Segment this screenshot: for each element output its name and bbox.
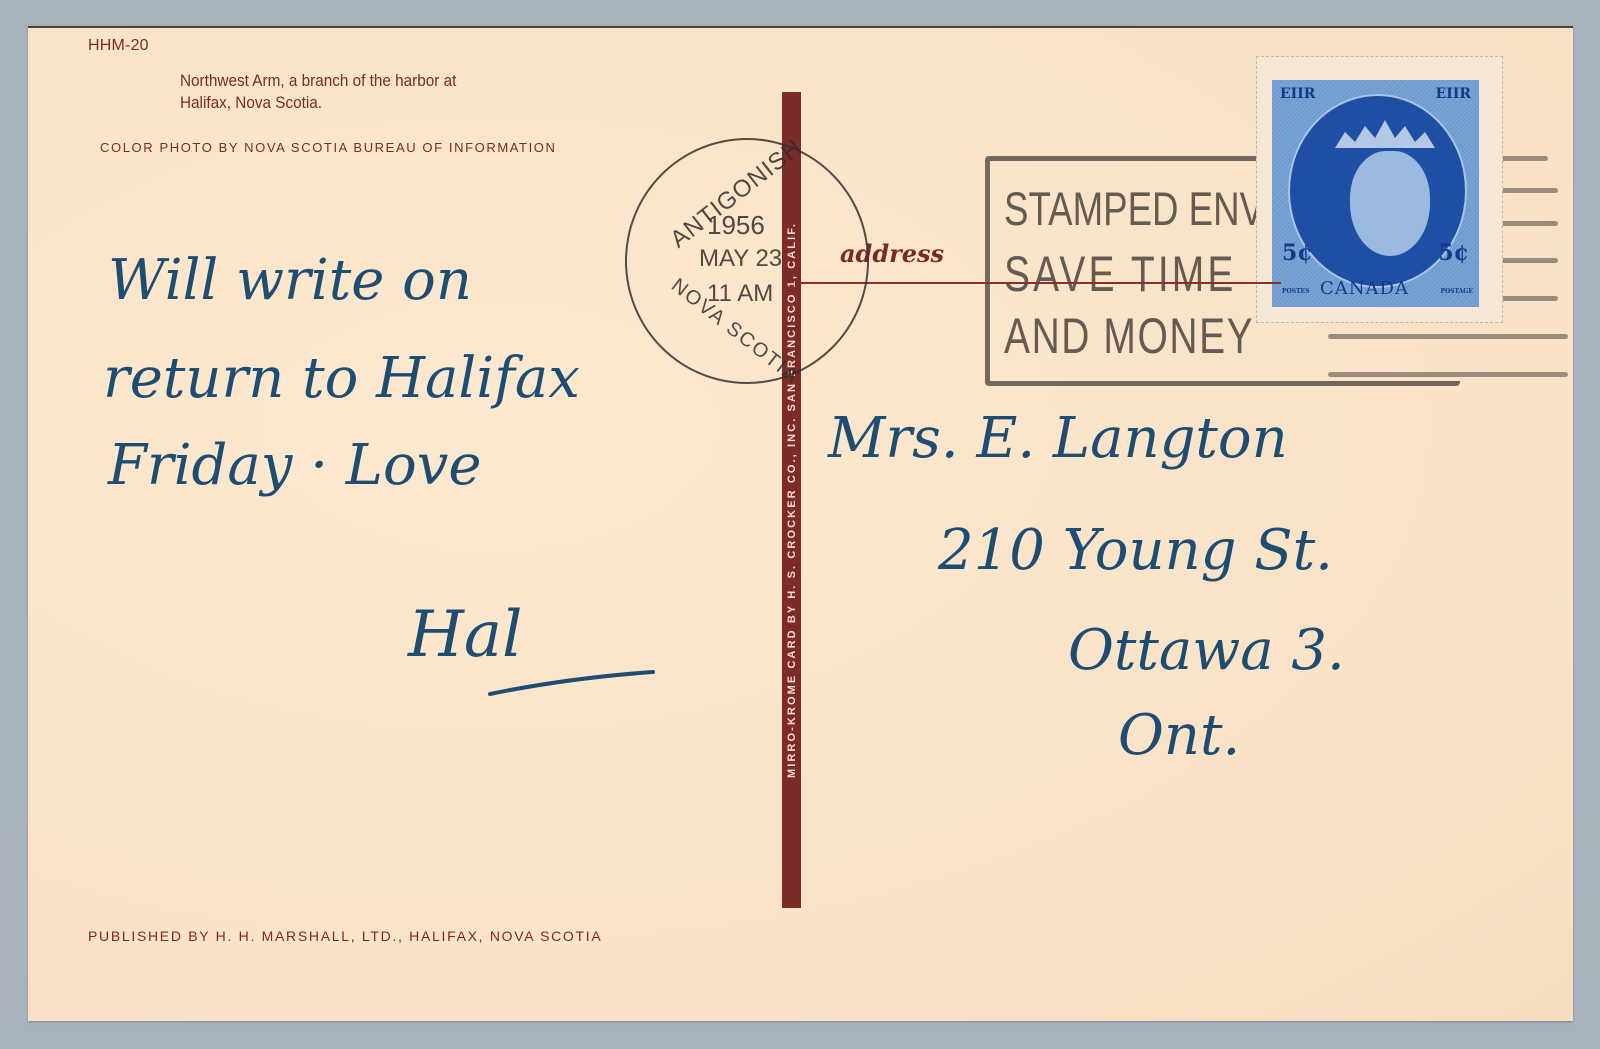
slogan-line-2: SAVE TIME: [1004, 245, 1237, 303]
cypher-right: EIIR: [1436, 86, 1471, 102]
value-left: 5¢: [1282, 240, 1313, 266]
cancel-line: [1328, 334, 1568, 339]
caption-line-2: Halifax, Nova Scotia.: [180, 92, 456, 114]
recipient-city: Ottawa 3.: [1068, 618, 1345, 683]
value-right: 5¢: [1438, 240, 1469, 266]
caption-line-1: Northwest Arm, a branch of the harbor at: [180, 70, 456, 92]
postmark-year: 1956: [707, 210, 765, 241]
signature: Hal: [408, 598, 522, 672]
recipient-province: Ont.: [1118, 703, 1240, 768]
crown-icon: [1330, 118, 1440, 152]
postes-label: POSTES: [1282, 288, 1309, 295]
photo-credit: COLOR PHOTO BY NOVA SCOTIA BUREAU OF INF…: [100, 140, 557, 155]
postcard-back: HHM-20 Northwest Arm, a branch of the ha…: [28, 26, 1573, 1021]
country-label: CANADA: [1320, 278, 1409, 299]
message-line-1: Will write on: [108, 248, 472, 313]
slogan-line-3: AND MONEY: [1004, 307, 1254, 365]
postmark-date: MAY 23: [699, 245, 782, 273]
card-caption: Northwest Arm, a branch of the harbor at…: [180, 70, 456, 114]
cypher-left: EIIR: [1280, 86, 1315, 102]
message-line-2: return to Halifax: [103, 346, 580, 411]
recipient-name: Mrs. E. Langton: [828, 406, 1288, 471]
postage-label: POSTAGE: [1440, 288, 1473, 295]
cancel-line: [1328, 372, 1568, 377]
message-line-3: Friday · Love: [108, 433, 482, 498]
publisher-line: PUBLISHED BY H. H. MARSHALL, LTD., HALIF…: [88, 928, 602, 944]
circular-postmark: ANTIGONISH 1956 MAY 23 11 AM NOVA SCOTIA: [625, 138, 869, 384]
queen-portrait: [1350, 151, 1430, 256]
address-rule: [801, 282, 1281, 284]
recipient-street: 210 Young St.: [938, 518, 1333, 583]
signature-underline: [488, 668, 658, 698]
postage-stamp: EIIR EIIR 5¢ 5¢ POSTES CANADA POSTAGE: [1272, 80, 1479, 307]
card-code: HHM-20: [88, 37, 149, 55]
